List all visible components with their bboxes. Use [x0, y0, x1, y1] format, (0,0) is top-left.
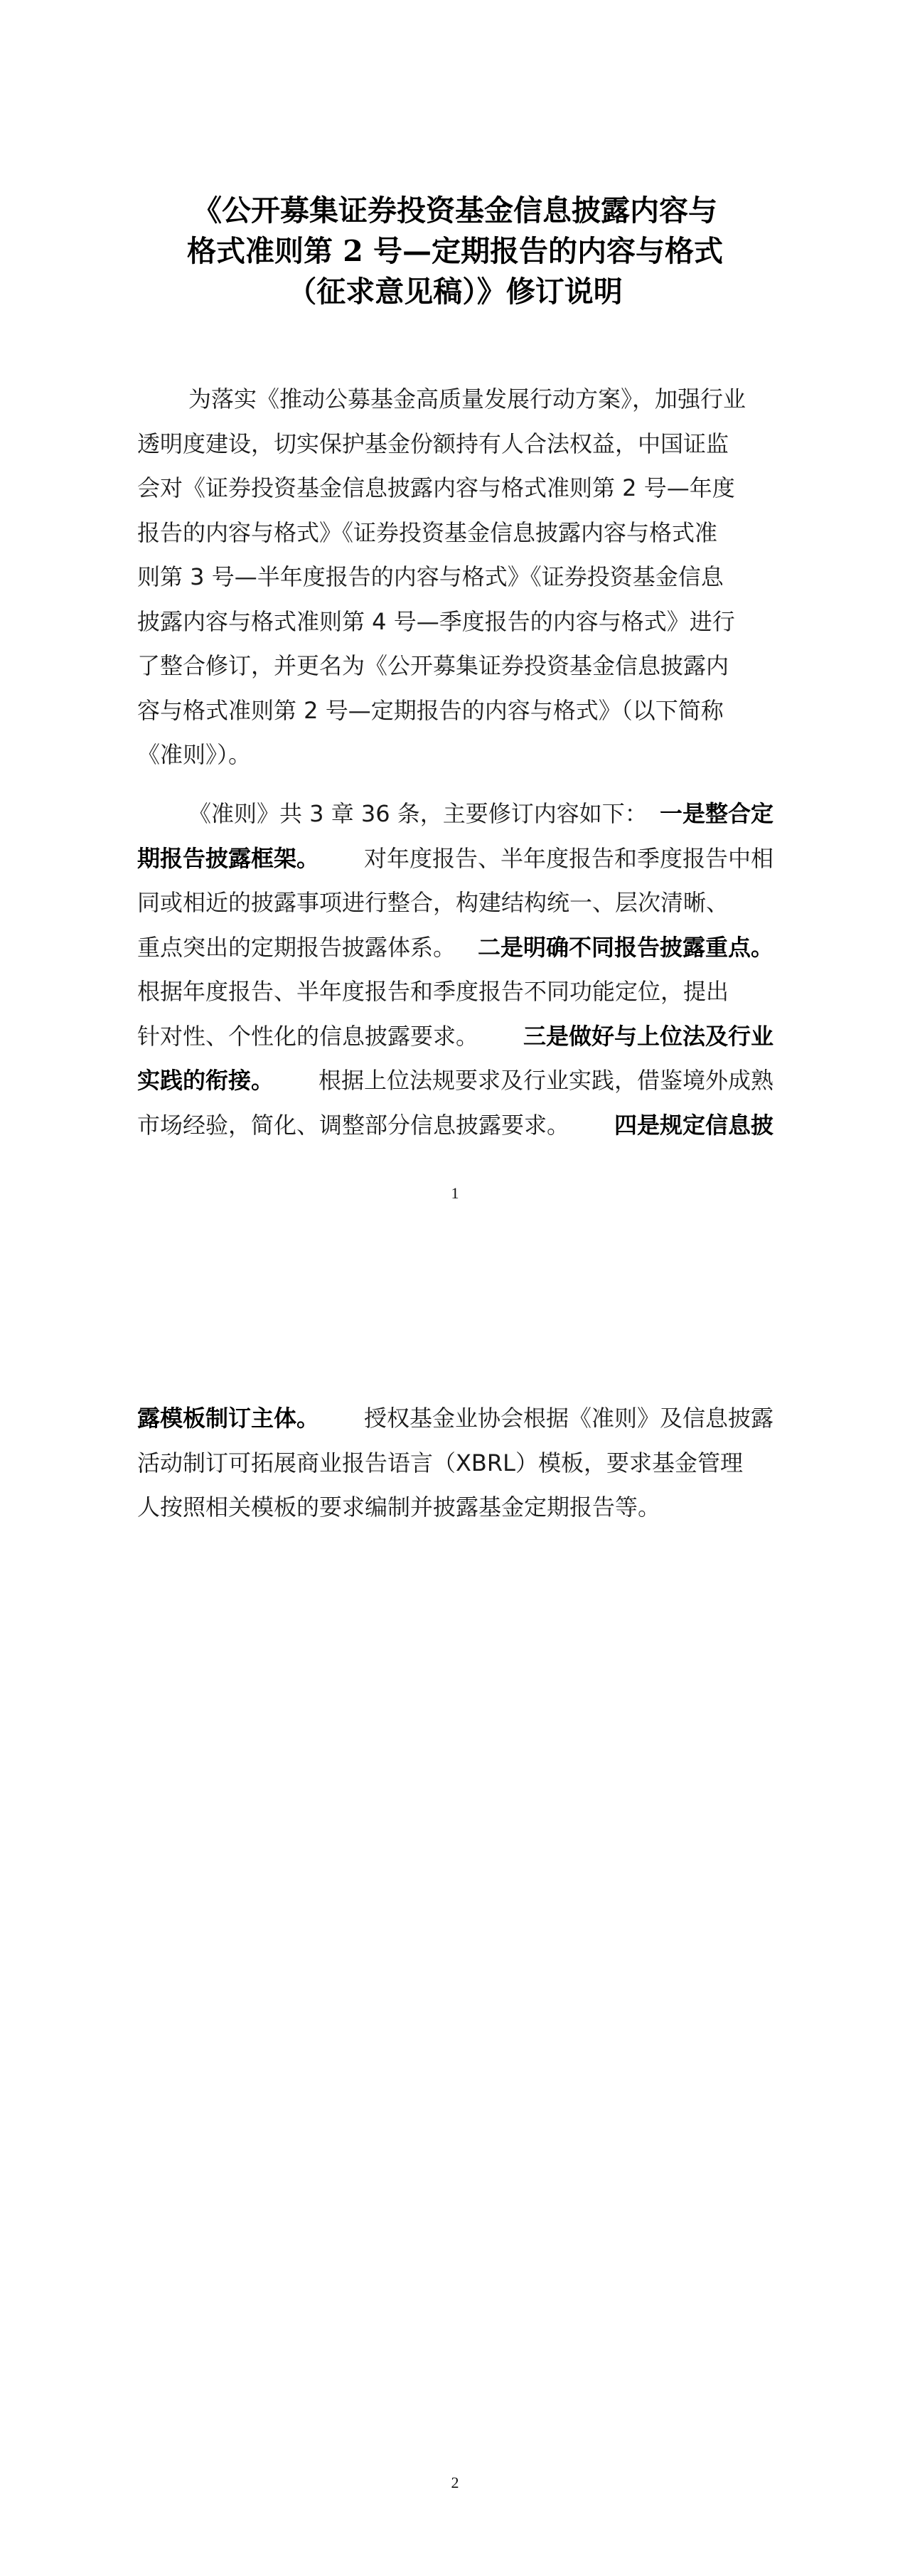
- text-normal: 针对性、个性化的信息披露要求。: [137, 1014, 478, 1059]
- text-bold: 四是规定信息披: [614, 1103, 773, 1148]
- text-normal: 《准则》共 3 章 36 条，主要修订内容如下：: [188, 792, 648, 836]
- text-line: 针对性、个性化的信息披露要求。三是做好与上位法及行业: [137, 1014, 773, 1059]
- text-line: 期报告披露框架。对年度报告、半年度报告和季度报告中相: [137, 836, 773, 881]
- text-normal: 授权基金业协会根据《准则》及信息披露: [364, 1396, 773, 1441]
- text-line: 人按照相关模板的要求编制并披露基金定期报告等。: [137, 1485, 773, 1530]
- text-line: 活动制订可拓展商业报告语言（XBRL）模板，要求基金管理: [137, 1441, 773, 1486]
- text-line: 容与格式准则第 2 号—定期报告的内容与格式》（以下简称: [137, 688, 773, 733]
- text-line: 根据年度报告、半年度报告和季度报告不同功能定位，提出: [137, 969, 773, 1014]
- title-line-2: 格式准则第 2 号—定期报告的内容与格式: [135, 231, 775, 272]
- text-line: 为落实《推动公募基金高质量发展行动方案》，加强行业: [137, 377, 773, 422]
- paragraph-2: 《准则》共 3 章 36 条，主要修订内容如下：一是整合定 期报告披露框架。对年…: [137, 792, 773, 1147]
- title-line-3: （征求意见稿）》修订说明: [135, 272, 775, 312]
- text-line: 《准则》共 3 章 36 条，主要修订内容如下：一是整合定: [137, 792, 773, 836]
- text-line: 实践的衔接。根据上位法规要求及行业实践，借鉴境外成熟: [137, 1058, 773, 1103]
- text-bold: 二是明确不同报告披露重点。: [478, 925, 773, 970]
- text-normal: 重点突出的定期报告披露体系。: [137, 925, 456, 970]
- text-line: 会对《证券投资基金信息披露内容与格式准则第 2 号—年度: [137, 466, 773, 511]
- text-line: 了整合修订，并更名为《公开募集证券投资基金信息披露内: [137, 644, 773, 688]
- text-line: 则第 3 号—半年度报告的内容与格式》《证券投资基金信息: [137, 555, 773, 600]
- paragraph-1: 为落实《推动公募基金高质量发展行动方案》，加强行业 透明度建设，切实保护基金份额…: [137, 377, 773, 777]
- text-normal: 对年度报告、半年度报告和季度报告中相: [364, 836, 773, 881]
- text-bold: 期报告披露框架。: [137, 836, 319, 881]
- page-number: 2: [0, 2474, 910, 2492]
- text-line: 重点突出的定期报告披露体系。二是明确不同报告披露重点。: [137, 925, 773, 970]
- text-line: 披露内容与格式准则第 4 号—季度报告的内容与格式》进行: [137, 600, 773, 644]
- text-line: 市场经验，简化、调整部分信息披露要求。四是规定信息披: [137, 1103, 773, 1148]
- title-line-1: 《公开募集证券投资基金信息披露内容与: [135, 191, 775, 231]
- text-bold: 实践的衔接。: [137, 1058, 274, 1103]
- page-number: 1: [0, 1184, 910, 1203]
- text-normal: 根据上位法规要求及行业实践，借鉴境外成熟: [318, 1058, 773, 1103]
- document-title: 《公开募集证券投资基金信息披露内容与 格式准则第 2 号—定期报告的内容与格式 …: [135, 191, 775, 312]
- text-bold: 露模板制订主体。: [137, 1396, 319, 1441]
- text-line: 同或相近的披露事项进行整合，构建结构统一、层次清晰、: [137, 880, 773, 925]
- text-bold: 三是做好与上位法及行业: [523, 1014, 773, 1059]
- text-line: 透明度建设，切实保护基金份额持有人合法权益，中国证监: [137, 422, 773, 467]
- paragraph-3: 露模板制订主体。授权基金业协会根据《准则》及信息披露 活动制订可拓展商业报告语言…: [137, 1396, 773, 1530]
- text-line: 报告的内容与格式》《证券投资基金信息披露内容与格式准: [137, 511, 773, 555]
- text-bold: 一是整合定: [660, 792, 773, 836]
- text-normal: 市场经验，简化、调整部分信息披露要求。: [137, 1103, 569, 1148]
- text-line: 《准则》）。: [137, 733, 773, 777]
- text-line: 露模板制订主体。授权基金业协会根据《准则》及信息披露: [137, 1396, 773, 1441]
